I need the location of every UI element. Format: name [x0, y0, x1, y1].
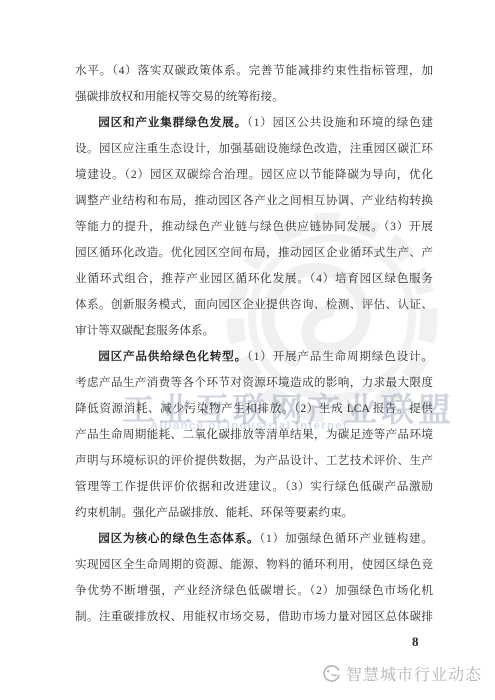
document-body: 水平。（4）落实双碳政策体系。完善节能减排约束性指标管理，加强碳排放权和用能权等… — [75, 58, 433, 630]
text-run: （1）加强绿色循环产业链构建。 — [259, 532, 433, 545]
footer-brand: 智慧城市行业动态 — [321, 662, 482, 685]
page-number: 8 — [412, 634, 419, 650]
crescent-face-icon — [321, 663, 342, 684]
text-run: 约束机制。强化产品碳排放、能耗、环保等要素约束。 — [75, 506, 353, 519]
bold-text-run: 园区产品供给绿色化转型。 — [98, 350, 247, 363]
document-page: 工业互联网产业联盟 Alliance of Industrial Interne… — [0, 0, 495, 700]
text-line: 园区和产业集群绿色发展。（1）园区公共设施和环境的绿色建 — [75, 110, 433, 136]
text-run: （1）园区公共设施和环境的绿色建 — [247, 116, 433, 129]
text-line: 水平。（4）落实双碳政策体系。完善节能减排约束性指标管理，加 — [75, 58, 433, 84]
text-line: 约束机制。强化产品碳排放、能耗、环保等要素约束。 — [75, 500, 433, 526]
text-run: 境建设。（2）园区双碳综合治理。园区应以节能降碳为导向，优化 — [75, 168, 433, 181]
text-run: 考虑产品生产消费等各个环节对资源环境造成的影响，力求最大限度 — [75, 376, 433, 389]
text-run: 降低资源消耗、减少污染物产生和排放。（2）生成 LCA 报告。提供 — [75, 402, 433, 415]
text-line: 声明与环境标识的评价提供数据，为产品设计、工艺技术评价、生产 — [75, 448, 433, 474]
bold-text-run: 园区为核心的绿色生态体系。 — [98, 532, 259, 545]
text-run: 设。园区应注重生态设计，加强基础设施绿色改造，注重园区碳汇环 — [75, 142, 433, 155]
text-run: 产品生命周期能耗、二氧化碳排放等清单结果，为碳足迹等产品环境 — [75, 428, 433, 441]
text-run: 园区循环化改造。优化园区空间布局，推动园区企业循环式生产、产 — [75, 246, 433, 259]
text-run: 业循环式组合，推荐产业园区循环化发展。（4）培育园区绿色服务 — [75, 272, 433, 285]
text-line: 境建设。（2）园区双碳综合治理。园区应以节能降碳为导向，优化 — [75, 162, 433, 188]
text-run: 强碳排放权和用能权等交易的统筹衔接。 — [75, 90, 284, 103]
text-line: 审计等双碳配套服务体系。 — [75, 318, 433, 344]
text-run: 审计等双碳配套服务体系。 — [75, 324, 214, 337]
text-line: 争优势不断增强，产业经济绿色低碳增长。（2）加强绿色市场化机 — [75, 578, 433, 604]
text-line: 设。园区应注重生态设计，加强基础设施绿色改造，注重园区碳汇环 — [75, 136, 433, 162]
text-line: 制。注重碳排放权、用能权市场交易，借助市场力量对园区总体碳排 — [75, 604, 433, 630]
text-line: 管理等工作提供评价依据和改进建议。（3）实行绿色低碳产品激励 — [75, 474, 433, 500]
text-run: 管理等工作提供评价依据和改进建议。（3）实行绿色低碳产品激励 — [75, 480, 433, 493]
text-run: 争优势不断增强，产业经济绿色低碳增长。（2）加强绿色市场化机 — [75, 584, 433, 597]
text-line: 考虑产品生产消费等各个环节对资源环境造成的影响，力求最大限度 — [75, 370, 433, 396]
bold-text-run: 园区和产业集群绿色发展。 — [98, 116, 247, 129]
text-line: 强碳排放权和用能权等交易的统筹衔接。 — [75, 84, 433, 110]
text-run: 体系。创新服务模式，面向园区企业提供咨询、检测、评估、认证、 — [75, 298, 433, 311]
text-line: 体系。创新服务模式，面向园区企业提供咨询、检测、评估、认证、 — [75, 292, 433, 318]
text-line: 园区产品供给绿色化转型。（1）开展产品生命周期绿色设计。 — [75, 344, 433, 370]
text-line: 降低资源消耗、减少污染物产生和排放。（2）生成 LCA 报告。提供 — [75, 396, 433, 422]
text-run: 调整产业结构和布局，推动园区各产业之间相互协调、产业结构转换 — [75, 194, 433, 207]
text-line: 产品生命周期能耗、二氧化碳排放等清单结果，为碳足迹等产品环境 — [75, 422, 433, 448]
text-run: 实现园区全生命周期的资源、能源、物料的循环利用，使园区绿色竞 — [75, 558, 433, 571]
text-line: 调整产业结构和布局，推动园区各产业之间相互协调、产业结构转换 — [75, 188, 433, 214]
footer-brand-label: 智慧城市行业动态 — [346, 662, 482, 685]
text-run: 声明与环境标识的评价提供数据，为产品设计、工艺技术评价、生产 — [75, 454, 433, 467]
text-line: 等能力的提升，推动绿色产业链与绿色供应链协同发展。（3）开展 — [75, 214, 433, 240]
text-line: 业循环式组合，推荐产业园区循环化发展。（4）培育园区绿色服务 — [75, 266, 433, 292]
text-run: 制。注重碳排放权、用能权市场交易，借助市场力量对园区总体碳排 — [75, 610, 433, 623]
text-run: 水平。（4）落实双碳政策体系。完善节能减排约束性指标管理，加 — [75, 64, 433, 77]
text-run: （1）开展产品生命周期绿色设计。 — [247, 350, 433, 363]
text-line: 园区为核心的绿色生态体系。（1）加强绿色循环产业链构建。 — [75, 526, 433, 552]
text-run: 等能力的提升，推动绿色产业链与绿色供应链协同发展。（3）开展 — [75, 220, 433, 233]
text-line: 实现园区全生命周期的资源、能源、物料的循环利用，使园区绿色竞 — [75, 552, 433, 578]
text-line: 园区循环化改造。优化园区空间布局，推动园区企业循环式生产、产 — [75, 240, 433, 266]
